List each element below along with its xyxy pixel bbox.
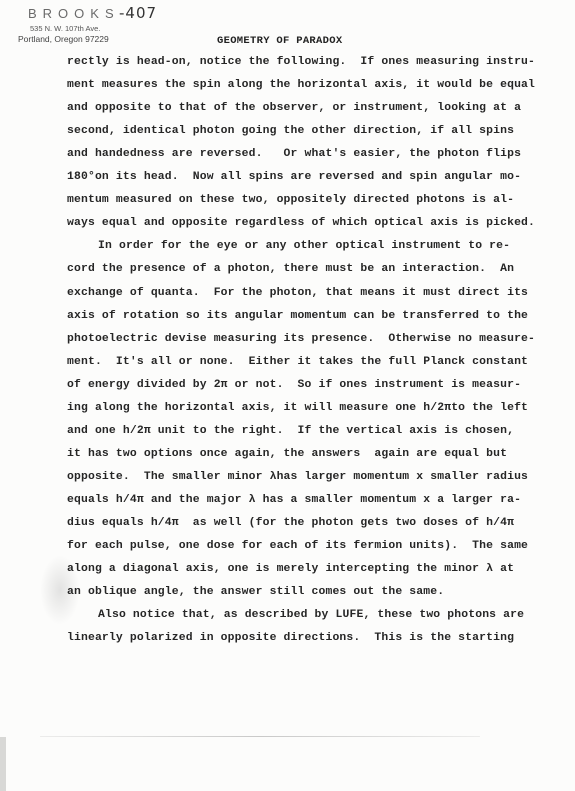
text-line: second, identical photon going the other… bbox=[67, 125, 514, 137]
text-line: ment. It's all or none. Either it takes … bbox=[67, 356, 528, 368]
text-line: 180°on its head. Now all spins are rever… bbox=[67, 171, 521, 183]
stamp-address: 535 N. W. 107th Ave. bbox=[30, 24, 100, 33]
stamp-page-number: -407 bbox=[119, 4, 157, 22]
scan-edge-shadow bbox=[0, 737, 6, 791]
text-line: and opposite to that of the observer, or… bbox=[67, 102, 521, 114]
text-line: axis of rotation so its angular momentum… bbox=[67, 310, 528, 322]
page-title: GEOMETRY OF PARADOX bbox=[217, 35, 342, 47]
text-line: ing along the horizontal axis, it will m… bbox=[67, 402, 528, 414]
text-line: photoelectric devise measuring its prese… bbox=[67, 333, 535, 345]
text-line: along a diagonal axis, one is merely int… bbox=[67, 563, 514, 575]
text-line: and one h/2π unit to the right. If the v… bbox=[67, 425, 514, 437]
text-line: ways equal and opposite regardless of wh… bbox=[67, 217, 535, 229]
document-page: BROOKS -407 535 N. W. 107th Ave. Portlan… bbox=[0, 0, 575, 791]
text-line: opposite. The smaller minor λhas larger … bbox=[67, 471, 528, 483]
text-line: Also notice that, as described by LUFE, … bbox=[98, 609, 524, 621]
text-line: of energy divided by 2π or not. So if on… bbox=[67, 379, 521, 391]
page-edge-line bbox=[40, 736, 480, 737]
text-line: exchange of quanta. For the photon, that… bbox=[67, 287, 528, 299]
text-line: cord the presence of a photon, there mus… bbox=[67, 263, 514, 275]
text-line: In order for the eye or any other optica… bbox=[98, 240, 510, 252]
text-line: dius equals h/4π as well (for the photon… bbox=[67, 517, 514, 529]
text-line: rectly is head-on, notice the following.… bbox=[67, 56, 535, 68]
text-line: equals h/4π and the major λ has a smalle… bbox=[67, 494, 521, 506]
text-line: ment measures the spin along the horizon… bbox=[67, 79, 535, 91]
stamp-name: BROOKS bbox=[28, 6, 120, 21]
text-line: for each pulse, one dose for each of its… bbox=[67, 540, 528, 552]
text-line: and handedness are reversed. Or what's e… bbox=[67, 148, 521, 160]
text-line: it has two options once again, the answe… bbox=[67, 448, 507, 460]
text-line: linearly polarized in opposite direction… bbox=[67, 632, 514, 644]
stamp-city: Portland, Oregon 97229 bbox=[18, 34, 109, 44]
text-line: an oblique angle, the answer still comes… bbox=[67, 586, 444, 598]
text-line: mentum measured on these two, oppositely… bbox=[67, 194, 514, 206]
